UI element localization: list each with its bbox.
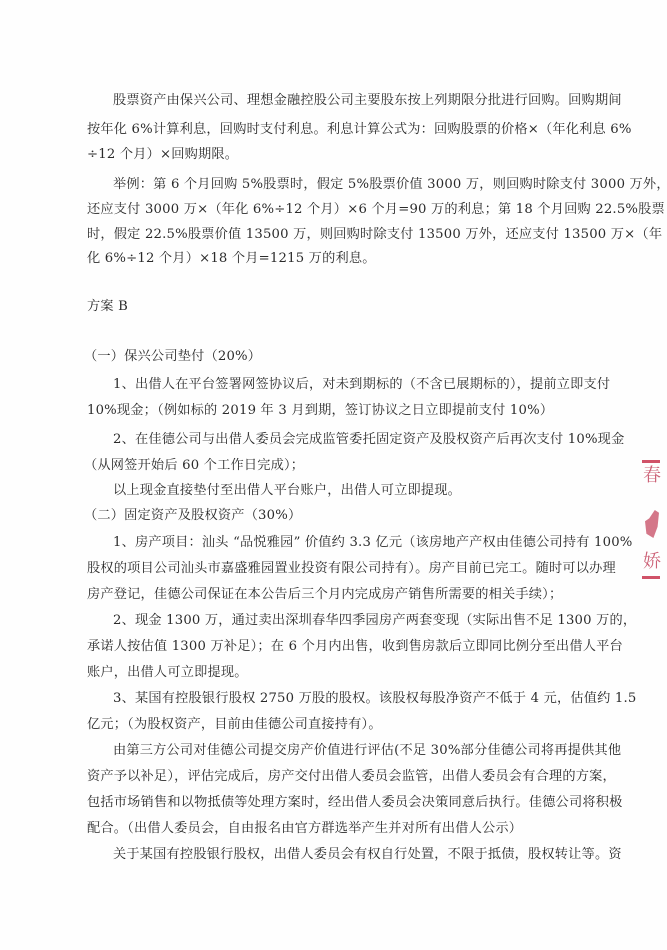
seal-char-2: 娇 <box>643 552 663 572</box>
section-1-item-1-line-1: 1、出借人在平台签署网签协议后，对未到期标的（不含已展期标的），提前立即支付 <box>113 376 653 394</box>
section-2-evaluation-line-1: 由第三方公司对佳德公司提交房产价值进行评估(不足 30%部分佳德公司将再提供其他 <box>113 742 653 760</box>
section-2-item-1-line-2: 股权的项目公司汕头市嘉盛雅园置业投资有限公司持有）。房产目前已完工。随时可以办理 <box>87 560 627 578</box>
section-1-item-2-line-1: 2、在佳德公司与出借人委员会完成监管委托固定资产及股权资产后再次支付 10%现金 <box>113 431 653 449</box>
paragraph-2-line-2: 还应支付 3000 万×（年化 6%÷12 个月）×6 个月=90 万的利息；第… <box>87 201 627 219</box>
paragraph-1-line-3: ÷12 个月）×回购期限。 <box>87 146 627 164</box>
section-2-evaluation-line-4: 配合。（出借人委员会，自由报名由官方群选举产生并对所有出借人公示） <box>87 820 627 838</box>
section-2-item-2-line-3: 账户，出借人可立即提现。 <box>87 664 627 682</box>
seal-bar-bottom <box>642 576 660 579</box>
section-2-item-1-line-1: 1、房产项目：汕头 “品悦雅园” 价值约 3.3 亿元（该房地产产权由佳德公司持… <box>113 534 653 552</box>
section-2-item-2-line-1: 2、现金 1300 万，通过卖出深圳春华四季园房产两套变现（实际出售不足 130… <box>113 612 653 630</box>
plan-title: 方案 B <box>87 298 627 316</box>
section-1-item-2-line-2: （从网签开始后 60 个工作日完成）； <box>84 457 624 475</box>
section-2-evaluation-line-2: 资产予以补足），评估完成后，房产交付出借人委员会监管，出借人委员会有合理的方案， <box>87 768 627 786</box>
document-page: 股票资产由保兴公司、理想金融控股公司主要股东按上列期限分批进行回购。回购期间 按… <box>0 0 667 950</box>
paragraph-1-line-1: 股票资产由保兴公司、理想金融控股公司主要股东按上列期限分批进行回购。回购期间 <box>113 92 653 110</box>
section-1-note: 以上现金直接垫付至出借人平台账户，出借人可立即提现。 <box>113 482 653 500</box>
section-2-item-3-line-1: 3、某国有控股银行股权 2750 万股的股权。该股权每股净资产不低于 4 元，估… <box>113 690 653 708</box>
section-2-item-1-line-3: 房产登记，佳德公司保证在本公告后三个月内完成房产销售所需要的相关手续）； <box>87 586 627 604</box>
section-2-evaluation-line-3: 包括市场销售和以物抵债等处理方案时，经出借人委员会决策同意后执行。佳德公司将积极 <box>87 794 627 812</box>
seal-bar-top <box>642 460 660 463</box>
paragraph-2-line-3: 时，假定 22.5%股票价值 13500 万，则回购时除支付 13500 万外，… <box>87 226 627 244</box>
paragraph-1-line-2: 按年化 6%计算利息，回购时支付利息。利息计算公式为：回购股票的价格×（年化利息… <box>87 121 627 139</box>
paragraph-2-line-1: 举例：第 6 个月回购 5%股票时，假定 5%股票价值 3000 万，则回购时除… <box>113 176 653 194</box>
section-2-item-2-line-2: 承诺人按估值 1300 万补足）；在 6 个月内出售，收到售房款后立即同比例分至… <box>87 638 627 656</box>
seal-char-1: 春 <box>643 466 663 486</box>
section-1-heading: （一）保兴公司垫付（20%） <box>84 348 624 366</box>
section-1-item-1-line-2: 10%现金；（例如标的 2019 年 3 月到期，签订协议之日立即提前支付 10… <box>87 402 627 420</box>
section-2-bank-equity-line-1: 关于某国有控股银行股权，出借人委员会有权自行处置，不限于抵债，股权转让等。资 <box>113 846 653 864</box>
section-2-heading: （二）固定资产及股权资产（30%） <box>84 507 624 525</box>
section-2-item-3-line-2: 亿元；（为股权资产，目前由佳德公司直接持有）。 <box>87 716 627 734</box>
seal-blot <box>645 510 659 538</box>
paragraph-2-line-4: 化 6%÷12 个月）×18 个月=1215 万的利息。 <box>87 250 627 268</box>
seal-stamp: 春 娇 <box>642 460 664 580</box>
